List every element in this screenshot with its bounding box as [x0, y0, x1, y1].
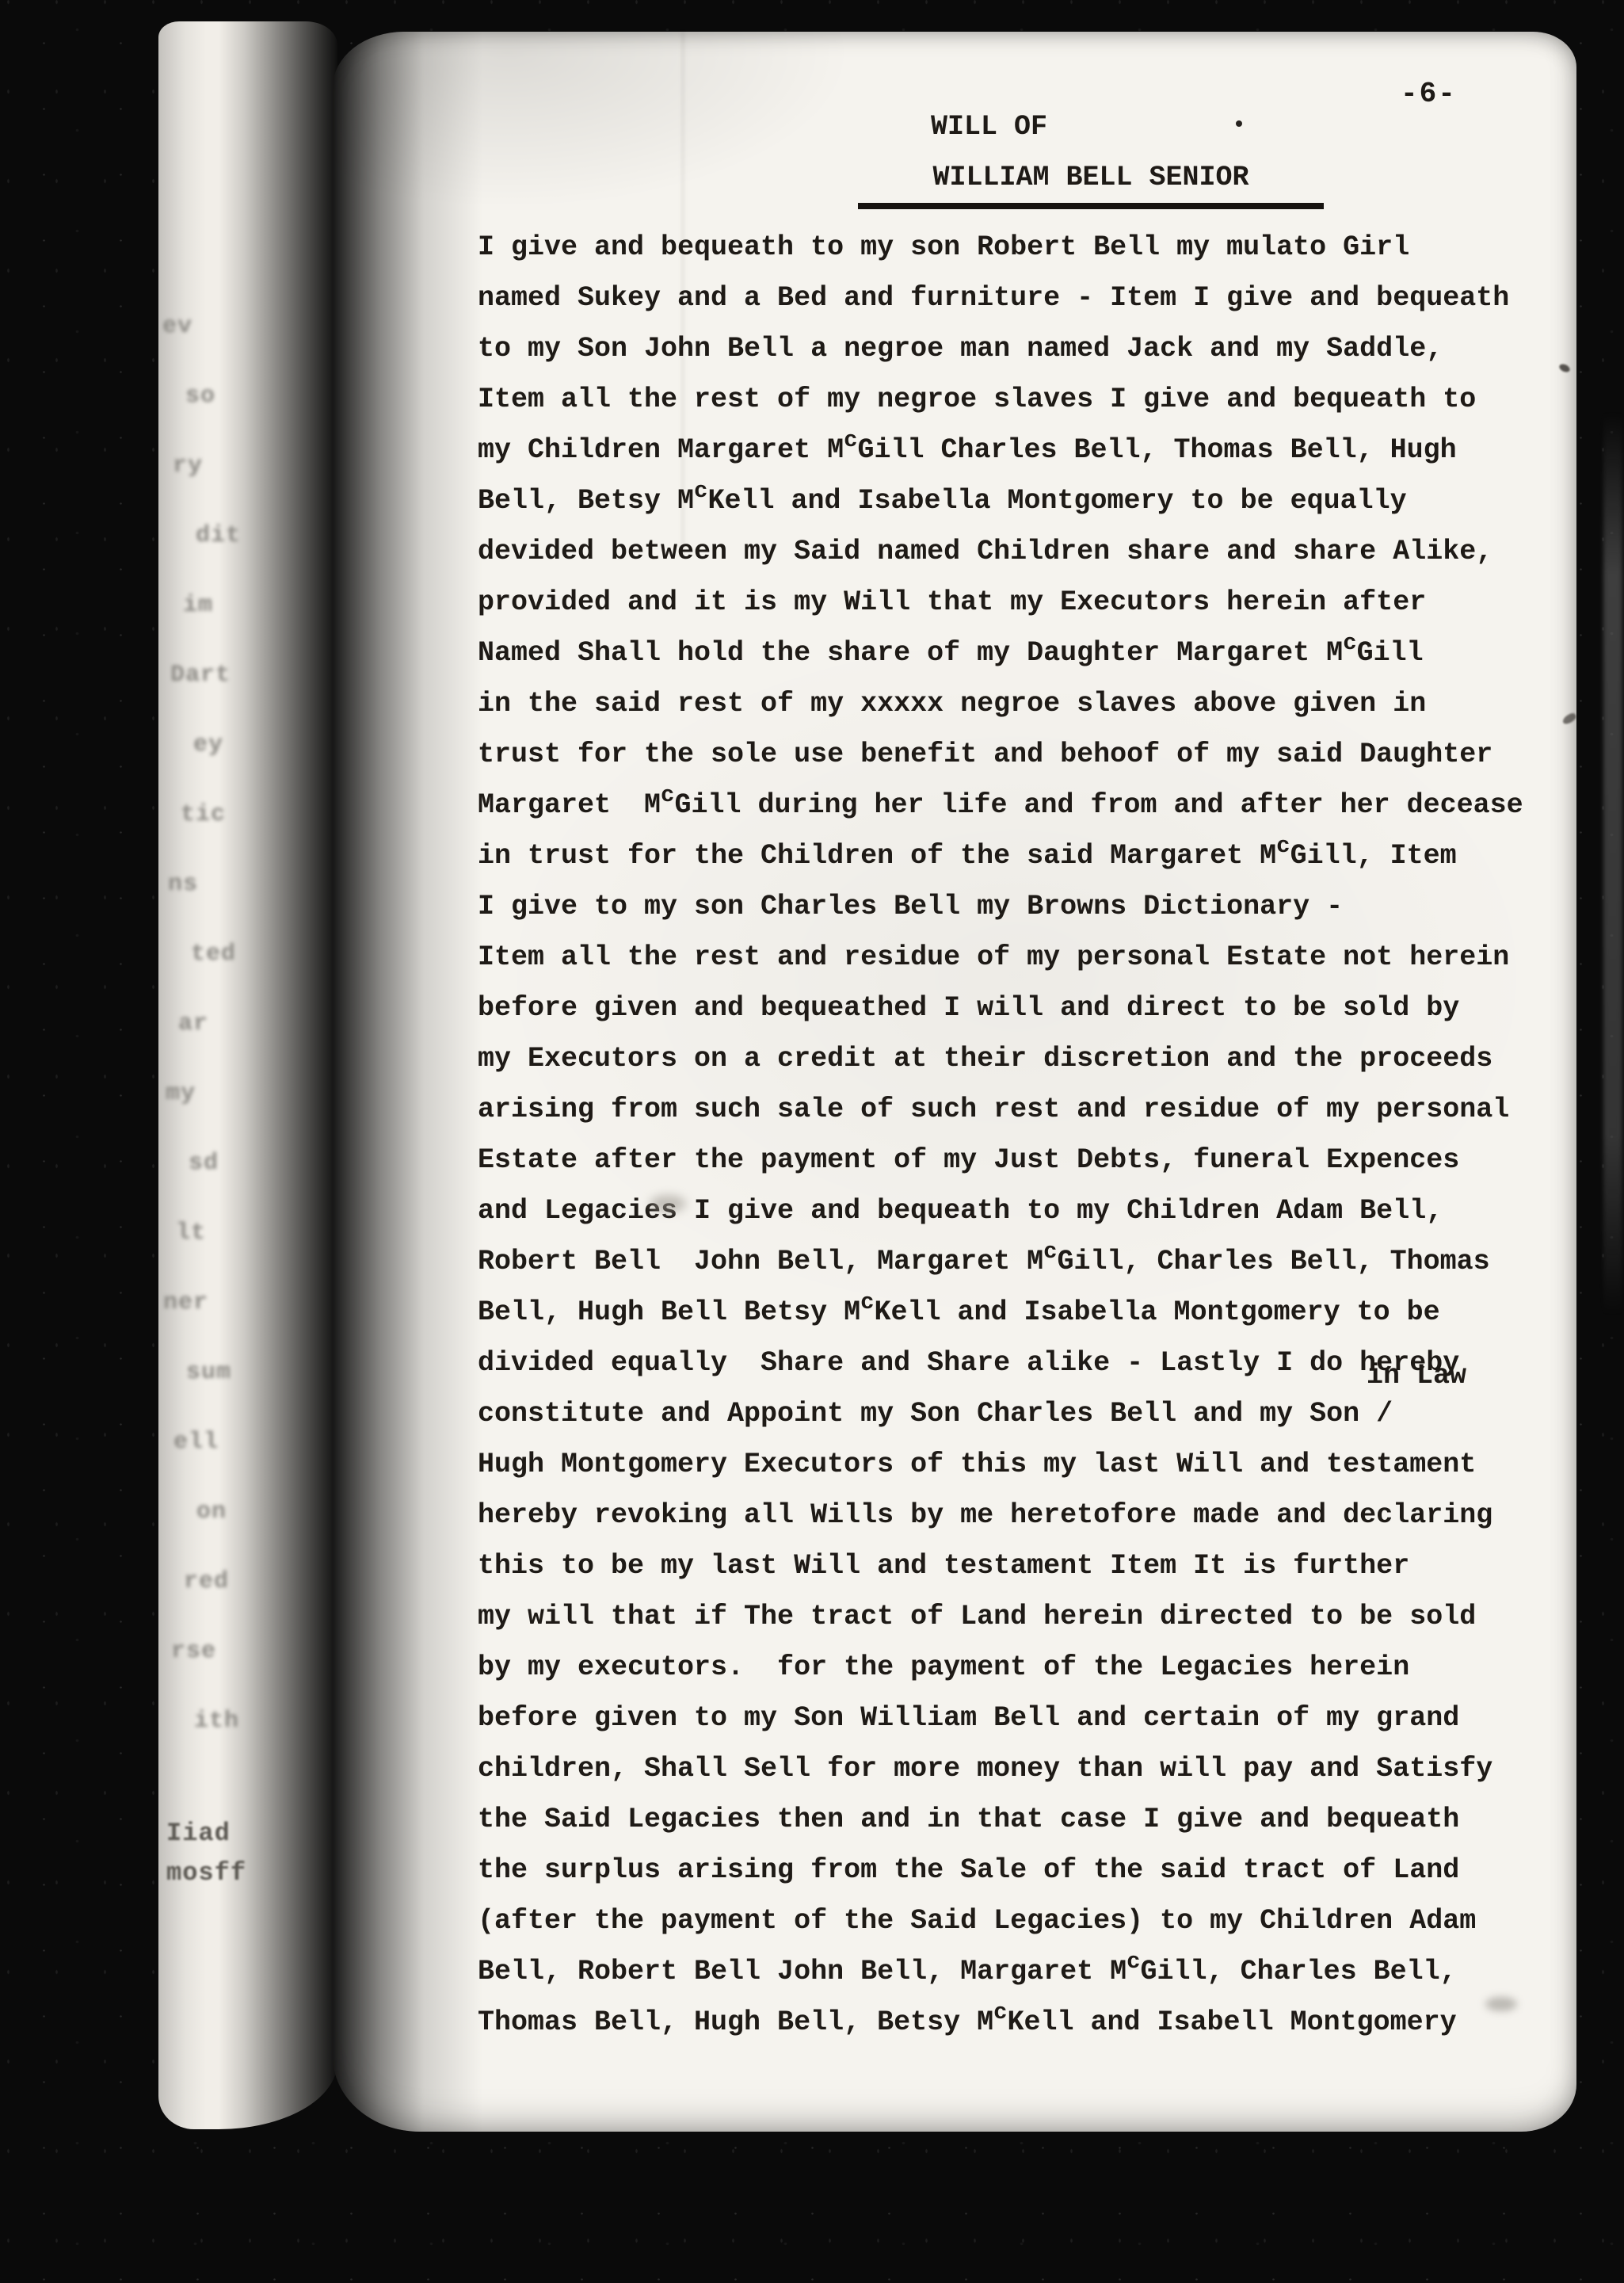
- scan-background: { "document": { "page_number": "-6-", "t…: [0, 0, 1624, 2283]
- will-text-line: I give and bequeath to my son Robert Bel…: [478, 222, 1555, 273]
- will-text-line: Margaret McGill during her life and from…: [478, 780, 1555, 830]
- will-text-line: trust for the sole use benefit and behoo…: [478, 729, 1555, 780]
- page-edge-fragment: ey: [193, 731, 223, 758]
- page-edge-fragment: lt: [176, 1220, 206, 1246]
- page-edge-fragment: ith: [194, 1708, 239, 1735]
- will-text-line: Estate after the payment of my Just Debt…: [478, 1135, 1555, 1185]
- page-number: -6-: [1401, 78, 1457, 110]
- superscript-char: c: [694, 466, 707, 517]
- page-edge-fragment: dit: [196, 522, 241, 549]
- will-text-line: devided between my Said named Children s…: [478, 526, 1555, 577]
- page-edge-fragment: Iiad: [166, 1819, 231, 1848]
- document-title-underline: WILLIAM BELL SENIOR: [858, 162, 1324, 209]
- will-text-line: before given to my Son William Bell and …: [478, 1693, 1555, 1743]
- page-edge-fragment: ell: [173, 1429, 219, 1456]
- page-edge-fragment: so: [185, 383, 215, 410]
- will-text-line: in trust for the Children of the said Ma…: [478, 830, 1555, 881]
- will-text-line: Item all the rest of my negroe slaves I …: [478, 374, 1555, 425]
- superscript-char: c: [661, 770, 674, 821]
- will-text-line: the Said Legacies then and in that case …: [478, 1794, 1555, 1845]
- page-edge-fragment: ner: [163, 1289, 208, 1316]
- ink-speck: [1236, 120, 1242, 127]
- page-edge-fragment: ted: [191, 941, 236, 968]
- ink-speck: [1561, 712, 1578, 726]
- will-text-line: my Executors on a credit at their discre…: [478, 1033, 1555, 1084]
- page-edge-fragment: ar: [178, 1010, 208, 1037]
- will-text-line: Bell, Hugh Bell Betsy McKell and Isabell…: [478, 1287, 1555, 1338]
- page-edge-fragment: tic: [181, 801, 226, 828]
- photocopy-smudge: [1485, 1997, 1517, 2011]
- will-text-line: to my Son John Bell a negroe man named J…: [478, 323, 1555, 374]
- will-text-line: my will that if The tract of Land herein…: [478, 1591, 1555, 1642]
- right-page-edge-sliver: [1603, 412, 1622, 1315]
- page-edge-fragment: ev: [162, 313, 193, 340]
- will-text-line: the surplus arising from the Sale of the…: [478, 1845, 1555, 1896]
- page-edge-fragment: my: [166, 1080, 196, 1107]
- will-text-line: this to be my last Will and testament It…: [478, 1540, 1555, 1591]
- page-edge-fragment: red: [184, 1568, 229, 1595]
- superscript-char: c: [860, 1277, 874, 1328]
- will-text-line: provided and it is my Will that my Execu…: [478, 577, 1555, 628]
- page-edge-fragment: sum: [186, 1359, 231, 1386]
- will-text-line: Thomas Bell, Hugh Bell, Betsy McKell and…: [478, 1997, 1555, 2048]
- superscript-char: c: [1343, 618, 1356, 669]
- page-edge-fragment: rse: [171, 1638, 216, 1665]
- will-text-line: named Sukey and a Bed and furniture - It…: [478, 273, 1555, 323]
- will-text-line: in the said rest of my xxxxx negroe slav…: [478, 678, 1555, 729]
- superscript-char: c: [1276, 821, 1290, 872]
- superscript-char: c: [844, 415, 857, 466]
- will-text-line: by my executors. for the payment of the …: [478, 1642, 1555, 1693]
- will-text-line: Item all the rest and residue of my pers…: [478, 932, 1555, 983]
- will-text-line: and Legacies I give and bequeath to my C…: [478, 1185, 1555, 1236]
- will-document-page: -6- WILL OF WILLIAM BELL SENIOR I give a…: [333, 32, 1576, 2132]
- superscript-char: c: [1127, 1937, 1140, 1987]
- will-text-line: children, Shall Sell for more money than…: [478, 1743, 1555, 1794]
- will-text-line: Named Shall hold the share of my Daughte…: [478, 628, 1555, 678]
- page-edge-fragment: on: [196, 1498, 227, 1525]
- will-text-line: constitute and Appoint my Son Charles Be…: [478, 1388, 1555, 1439]
- will-text-line: before given and bequeathed I will and d…: [478, 983, 1555, 1033]
- previous-page-edge: evsoryditimDarteyticnstedarmysdltnersume…: [158, 21, 337, 2129]
- ink-speck: [1558, 362, 1571, 373]
- page-edge-fragment: im: [183, 592, 213, 619]
- will-text-line: Hugh Montgomery Executors of this my las…: [478, 1439, 1555, 1490]
- page-edge-fragment: mosff: [166, 1858, 246, 1888]
- page-edge-fragment: sd: [189, 1150, 219, 1177]
- document-title-line-2: WILLIAM BELL SENIOR: [932, 162, 1248, 193]
- will-text-line: Bell, Betsy McKell and Isabella Montgome…: [478, 475, 1555, 526]
- will-text-line: Bell, Robert Bell John Bell, Margaret Mc…: [478, 1946, 1555, 1997]
- page-edge-fragment: ry: [173, 452, 203, 479]
- will-text-line: I give to my son Charles Bell my Browns …: [478, 881, 1555, 932]
- will-text-line: (after the payment of the Said Legacies)…: [478, 1896, 1555, 1946]
- page-edge-fragment: Dart: [170, 662, 231, 689]
- superscript-char: c: [1043, 1227, 1057, 1277]
- photocopy-smudge: [650, 1195, 686, 1212]
- page-edge-fragment: ns: [168, 871, 198, 898]
- will-body-text: I give and bequeath to my son Robert Bel…: [478, 222, 1555, 2048]
- superscript-char: c: [993, 1987, 1007, 2038]
- will-text-line: hereby revoking all Wills by me heretofo…: [478, 1490, 1555, 1540]
- will-text-line: my Children Margaret McGill Charles Bell…: [478, 425, 1555, 475]
- will-text-line: Robert Bell John Bell, Margaret McGill, …: [478, 1236, 1555, 1287]
- marginal-insertion-in-law: in Law: [1367, 1360, 1466, 1392]
- will-text-line: arising from such sale of such rest and …: [478, 1084, 1555, 1135]
- document-title-line-1: WILL OF: [931, 111, 1047, 143]
